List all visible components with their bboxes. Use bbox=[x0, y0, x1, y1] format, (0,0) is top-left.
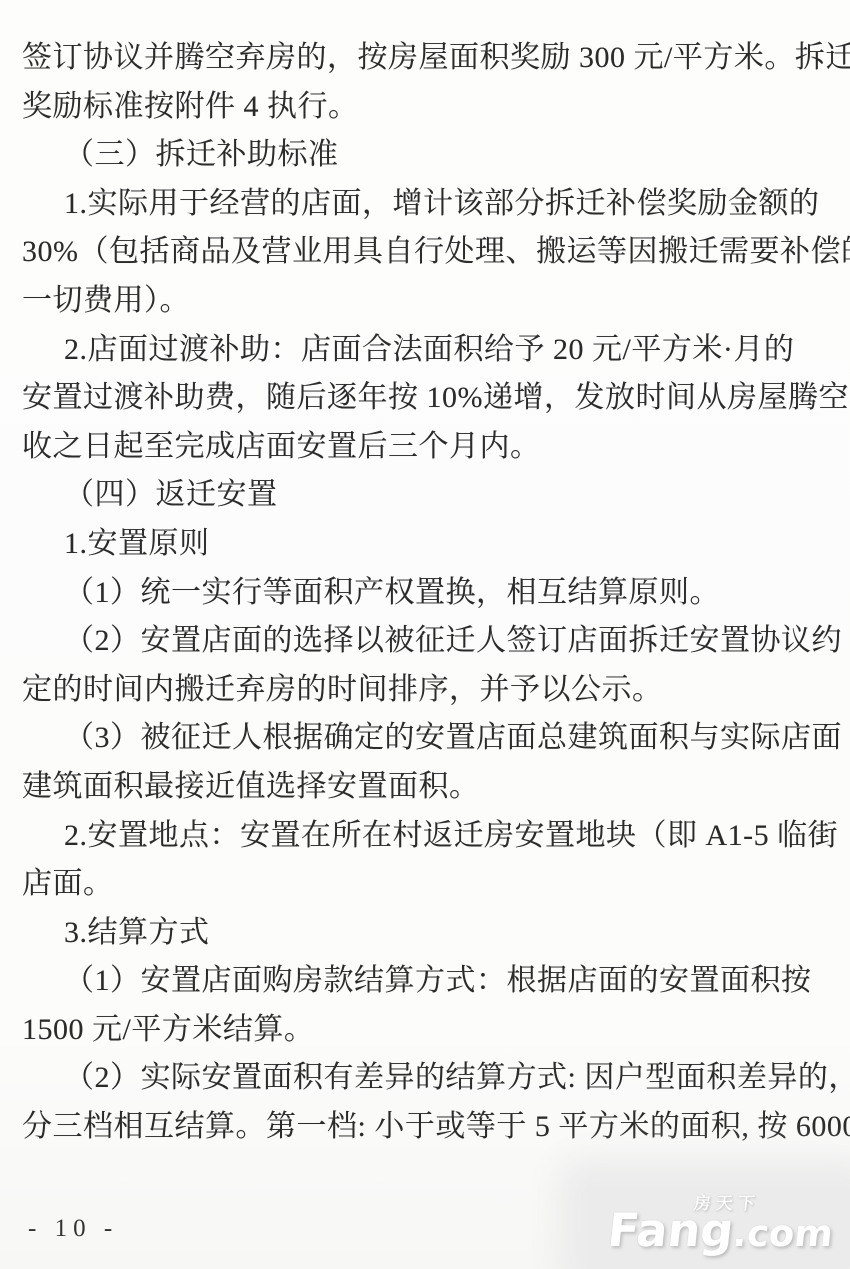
text-line: 奖励标准按附件 4 执行。 bbox=[22, 83, 830, 132]
text-line: （1）统一实行等面积产权置换，相互结算原则。 bbox=[22, 569, 830, 618]
text-line: （三）拆迁补助标准 bbox=[22, 131, 830, 180]
scanned-document-page: 签订协议并腾空弃房的，按房屋面积奖励 300 元/平方米。拆迁奖励标准按附件 4… bbox=[0, 0, 850, 1269]
text-line: 一切费用）。 bbox=[22, 277, 830, 326]
text-line: 安置过渡补助费，随后逐年按 10%递增，发放时间从房屋腾空验 bbox=[22, 374, 830, 423]
text-line: 2.安置地点：安置在所在村返迁房安置地块（即 A1-5 临街 bbox=[22, 812, 830, 861]
fang-logo-domain: .com bbox=[731, 1212, 835, 1255]
text-line: 店面。 bbox=[22, 860, 830, 909]
text-line: 1.安置原则 bbox=[22, 520, 830, 569]
text-line: 30%（包括商品及营业用具自行处理、搬运等因搬迁需要补偿的 bbox=[22, 228, 830, 277]
text-line: 1500 元/平方米结算。 bbox=[22, 1006, 830, 1055]
text-line: 定的时间内搬迁弃房的时间排序，并予以公示。 bbox=[22, 666, 830, 715]
fang-com-logo: 房天下 Fang.com bbox=[608, 1189, 838, 1265]
fang-logo-brand: Fang bbox=[605, 1203, 736, 1257]
document-lines: 签订协议并腾空弃房的，按房屋面积奖励 300 元/平方米。拆迁奖励标准按附件 4… bbox=[22, 34, 830, 1152]
text-line: （2）实际安置面积有差异的结算方式: 因户型面积差异的， bbox=[22, 1054, 830, 1103]
fang-com-watermark: 房天下 Fang.com bbox=[585, 1185, 850, 1269]
text-line: （2）安置店面的选择以被征迁人签订店面拆迁安置协议约 bbox=[22, 617, 830, 666]
text-line: （四）返迁安置 bbox=[22, 471, 830, 520]
text-line: 建筑面积最接近值选择安置面积。 bbox=[22, 763, 830, 812]
text-line: 签订协议并腾空弃房的，按房屋面积奖励 300 元/平方米。拆迁 bbox=[22, 34, 830, 83]
text-line: 3.结算方式 bbox=[22, 909, 830, 958]
page-number: - 10 - bbox=[28, 1215, 118, 1243]
text-line: 2.店面过渡补助：店面合法面积给予 20 元/平方米·月的 bbox=[22, 326, 830, 375]
text-line: （1）安置店面购房款结算方式：根据店面的安置面积按 bbox=[22, 957, 830, 1006]
text-line: （3）被征迁人根据确定的安置店面总建筑面积与实际店面 bbox=[22, 714, 830, 763]
text-line: 1.实际用于经营的店面，增计该部分拆迁补偿奖励金额的 bbox=[22, 180, 830, 229]
text-line: 分三档相互结算。第一档: 小于或等于 5 平方米的面积, 按 6000 bbox=[22, 1103, 830, 1152]
text-line: 收之日起至完成店面安置后三个月内。 bbox=[22, 423, 830, 472]
fang-logo-latin-text: Fang.com bbox=[605, 1203, 836, 1257]
